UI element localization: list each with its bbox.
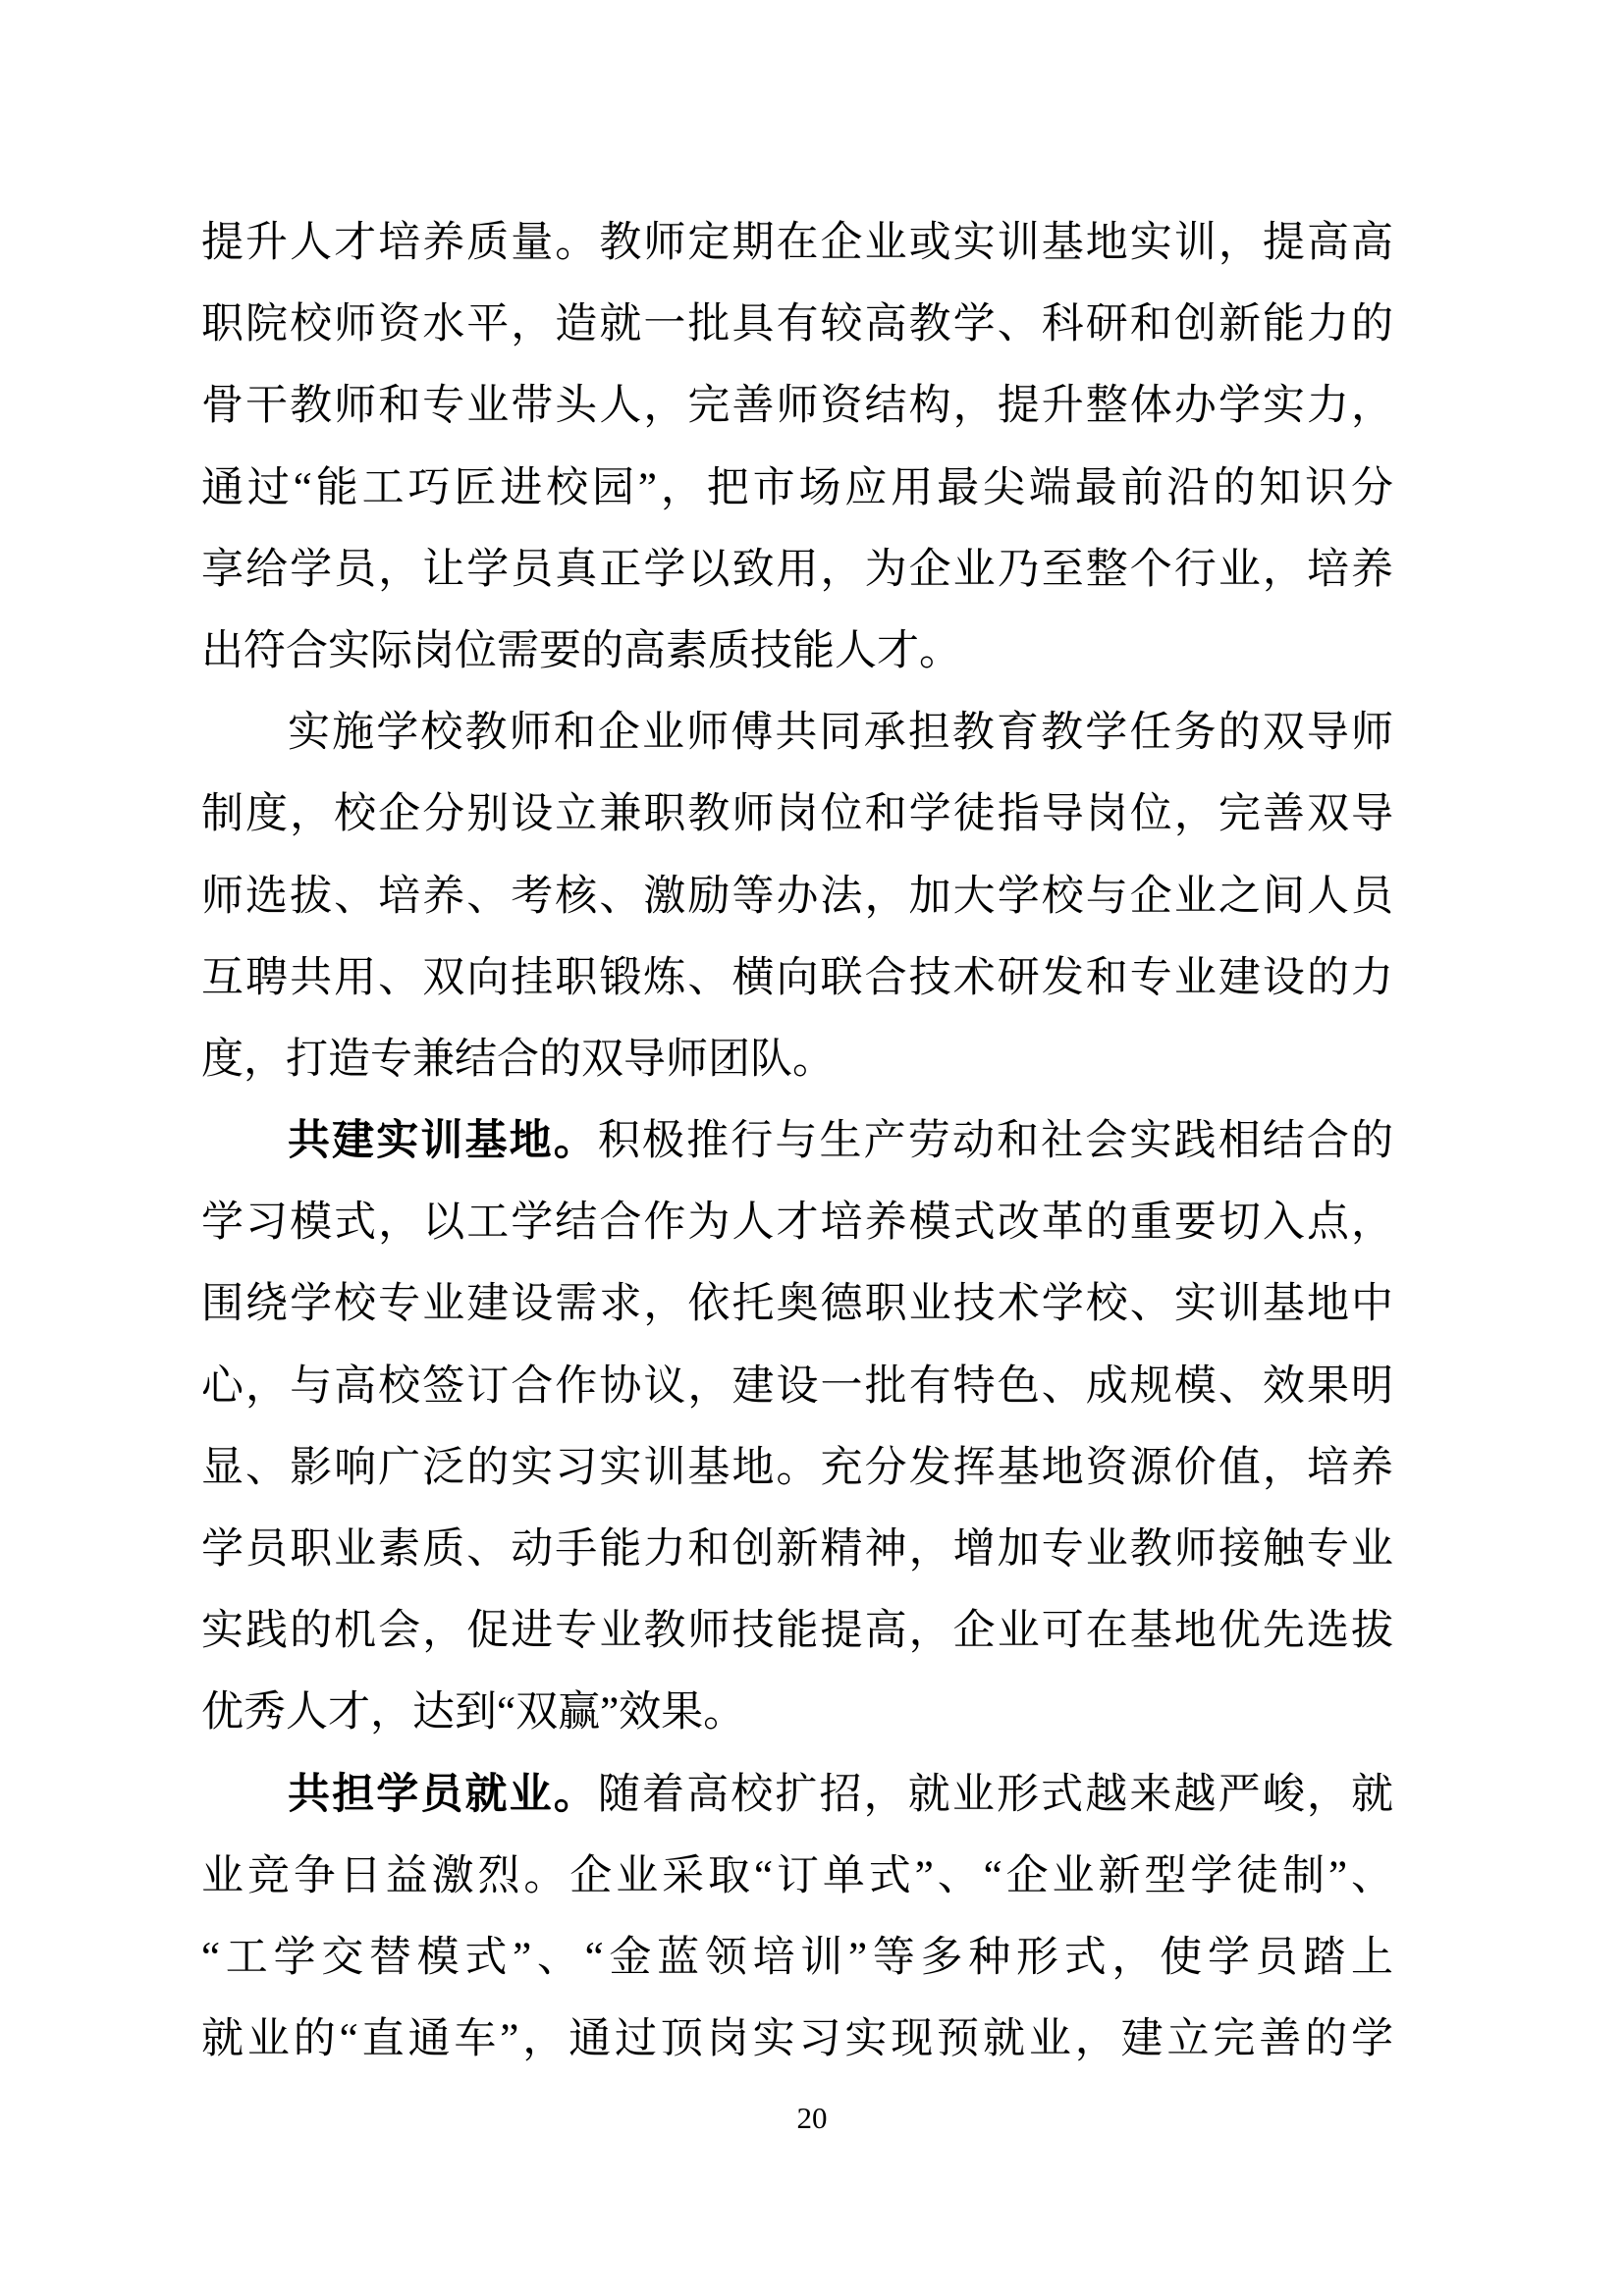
body-text: 享给学员，让学员真正学以致用，为企业乃至整个行业，培养 [201,547,1393,593]
body-text: 就业的“直通车”，通过顶岗实习实现预就业，建立完善的学 [201,2016,1393,2062]
body-text: 随着高校扩招，就业形式越来越严峻，就 [598,1772,1393,1818]
text-line: 度，打造专兼结合的双导师团队。 [201,1019,1393,1100]
body-text: 出符合实际岗位需要的高素质技能人才。 [201,628,961,674]
body-text: 职院校师资水平，造就一批具有较高教学、科研和创新能力的 [201,301,1393,347]
text-line: “工学交替模式”、“金蓝领培训”等多种形式，使学员踏上 [201,1917,1393,1999]
page-number: 20 [797,2101,828,2135]
paragraph: 共担学员就业。随着高校扩招，就业形式越来越严峻，就业竞争日益激烈。企业采取“订单… [201,1754,1393,2081]
text-line: 就业的“直通车”，通过顶岗实习实现预就业，建立完善的学 [201,1999,1393,2080]
body-text: 学习模式，以工学结合作为人才培养模式改革的重要切入点， [201,1200,1393,1246]
body-text: 实施学校教师和企业师傅共同承担教育教学任务的双导师 [288,710,1393,756]
body-text: 师选拔、培养、考核、激励等办法，加大学校与企业之间人员 [201,874,1393,920]
body-text: 制度，校企分别设立兼职教师岗位和学徒指导岗位，完善双导 [201,791,1393,837]
body-text: 提升人才培养质量。教师定期在企业或实训基地实训，提高高 [201,220,1393,266]
text-line: 业竞争日益激烈。企业采取“订单式”、“企业新型学徒制”、 [201,1836,1393,1917]
body-text: 心，与高校签订合作协议，建设一批有特色、成规模、效果明 [201,1363,1393,1410]
page: 提升人才培养质量。教师定期在企业或实训基地实训，提高高职院校师资水平，造就一批具… [0,0,1624,2296]
paragraph: 共建实训基地。积极推行与生产劳动和社会实践相结合的学习模式，以工学结合作为人才培… [201,1100,1393,1754]
body-text: 互聘共用、双向挂职锻炼、横向联合技术研发和专业建设的力 [201,955,1393,1001]
paragraph: 提升人才培养质量。教师定期在企业或实训基地实训，提高高职院校师资水平，造就一批具… [201,202,1393,692]
body-text: 围绕学校专业建设需求，依托奥德职业技术学校、实训基地中 [201,1281,1393,1327]
text-line: 提升人才培养质量。教师定期在企业或实训基地实训，提高高 [201,202,1393,284]
text-line: 心，与高校签订合作协议，建设一批有特色、成规模、效果明 [201,1346,1393,1427]
text-line: 显、影响广泛的实习实训基地。充分发挥基地资源价值，培养 [201,1427,1393,1509]
body-text: 骨干教师和专业带头人，完善师资结构，提升整体办学实力， [201,383,1393,429]
text-line: 骨干教师和专业带头人，完善师资结构，提升整体办学实力， [201,365,1393,447]
text-line: 优秀人才，达到“双赢”效果。 [201,1672,1393,1753]
body-text: 学员职业素质、动手能力和创新精神，增加专业教师接触专业 [201,1526,1393,1573]
body-text: 通过“能工巧匠进校园”，把市场应用最尖端最前沿的知识分 [201,465,1393,511]
body-text: 显、影响广泛的实习实训基地。充分发挥基地资源价值，培养 [201,1445,1393,1491]
body-text: 度，打造专兼结合的双导师团队。 [201,1037,835,1083]
body-text: 业竞争日益激烈。企业采取“订单式”、“企业新型学徒制”、 [201,1853,1393,1899]
text-line: 共建实训基地。积极推行与生产劳动和社会实践相结合的 [201,1100,1393,1182]
text-line: 职院校师资水平，造就一批具有较高教学、科研和创新能力的 [201,284,1393,365]
text-line: 互聘共用、双向挂职锻炼、横向联合技术研发和专业建设的力 [201,937,1393,1019]
text-line: 围绕学校专业建设需求，依托奥德职业技术学校、实训基地中 [201,1263,1393,1345]
page-footer: 20 [0,2099,1624,2138]
text-line: 学员职业素质、动手能力和创新精神，增加专业教师接触专业 [201,1509,1393,1590]
text-line: 实施学校教师和企业师傅共同承担教育教学任务的双导师 [201,692,1393,774]
body-text: “工学交替模式”、“金蓝领培训”等多种形式，使学员踏上 [201,1935,1393,1981]
body-text: 实践的机会，促进专业教师技能提高，企业可在基地优先选拔 [201,1608,1393,1654]
text-line: 通过“能工巧匠进校园”，把市场应用最尖端最前沿的知识分 [201,448,1393,529]
body-text: 优秀人才，达到“双赢”效果。 [201,1689,745,1735]
text-line: 实践的机会，促进专业教师技能提高，企业可在基地优先选拔 [201,1590,1393,1672]
bold-lead-text: 共建实训基地。 [288,1118,598,1164]
text-line: 共担学员就业。随着高校扩招，就业形式越来越严峻，就 [201,1754,1393,1836]
text-line: 学习模式，以工学结合作为人才培养模式改革的重要切入点， [201,1182,1393,1263]
bold-lead-text: 共担学员就业。 [288,1772,598,1818]
text-line: 出符合实际岗位需要的高素质技能人才。 [201,611,1393,692]
body-text: 积极推行与生产劳动和社会实践相结合的 [598,1118,1393,1164]
document-body: 提升人才培养质量。教师定期在企业或实训基地实训，提高高职院校师资水平，造就一批具… [201,202,1393,2080]
text-line: 享给学员，让学员真正学以致用，为企业乃至整个行业，培养 [201,529,1393,611]
paragraph: 实施学校教师和企业师傅共同承担教育教学任务的双导师制度，校企分别设立兼职教师岗位… [201,692,1393,1100]
text-line: 制度，校企分别设立兼职教师岗位和学徒指导岗位，完善双导 [201,774,1393,855]
text-line: 师选拔、培养、考核、激励等办法，加大学校与企业之间人员 [201,856,1393,937]
